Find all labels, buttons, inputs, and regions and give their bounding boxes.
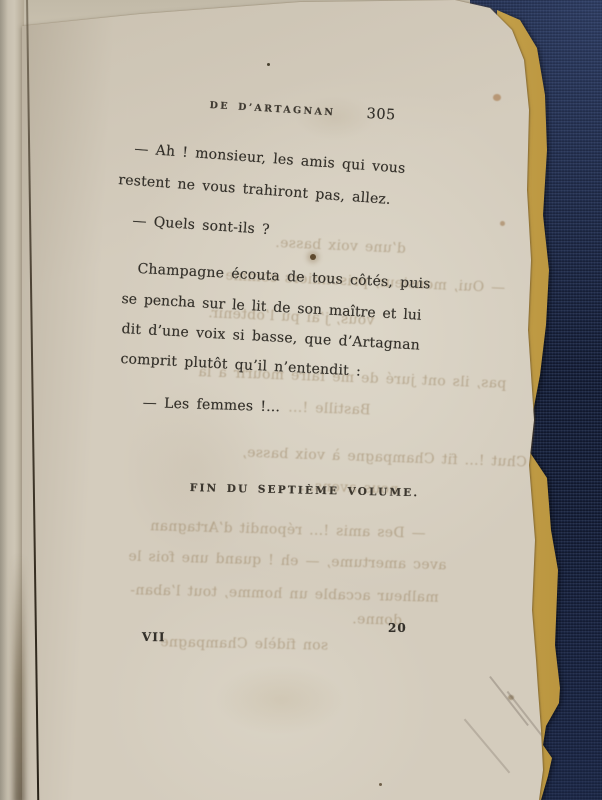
speck xyxy=(10,266,12,268)
foxing-spot xyxy=(500,221,505,226)
speck xyxy=(7,340,9,342)
body-text-line: — Quels sont-ils ? xyxy=(132,213,270,238)
edge-smudge xyxy=(508,695,514,700)
ghost-line: son fidèle Champagne xyxy=(160,634,328,654)
ghost-line: avec amertume, — eh ! quand une fois le xyxy=(128,549,447,574)
speck xyxy=(379,783,382,786)
ghost-line: — Chut !... fit Champagne à voix basse, xyxy=(242,445,548,472)
torn-streak xyxy=(464,719,511,774)
book-page: d’une voix basse. — Oui, monsieur, priso… xyxy=(0,0,602,800)
speck xyxy=(14,434,16,436)
body-text-line: dit d’une voix si basse, que d’Artagnan xyxy=(121,321,420,354)
ghost-line: Bastille !... xyxy=(288,400,371,419)
body-text-line: — Ah ! monsieur, les amis qui vous xyxy=(134,141,406,177)
ink-spot xyxy=(310,254,316,260)
page-number: 305 xyxy=(366,106,396,124)
running-title: DE D’ARTAGNAN xyxy=(209,100,335,118)
body-text-line: — Les femmes !... xyxy=(142,395,280,415)
foxing-spot xyxy=(493,94,501,101)
speck xyxy=(267,63,270,66)
torn-streak xyxy=(489,676,529,726)
paper-stain xyxy=(215,665,345,735)
body-text-line: restent ne vous trahiront pas, allez. xyxy=(118,172,391,208)
ghost-line: malheur accable un homme, tout l’aban- xyxy=(130,582,439,606)
page-wrap: d’une voix basse. — Oui, monsieur, priso… xyxy=(0,0,602,800)
signature-volume: VII xyxy=(142,630,166,644)
ghost-line: — Des amis !... répondit d’Artagnan xyxy=(150,518,426,542)
torn-streak xyxy=(507,691,558,755)
speck xyxy=(9,627,12,630)
book-photograph: d’une voix basse. — Oui, monsieur, priso… xyxy=(0,0,602,800)
body-text-line: Champagne écouta de tous côtés, puis xyxy=(137,261,431,292)
ghost-line: d’une voix basse. xyxy=(275,235,406,257)
signature-sheet: 20 xyxy=(388,621,407,635)
